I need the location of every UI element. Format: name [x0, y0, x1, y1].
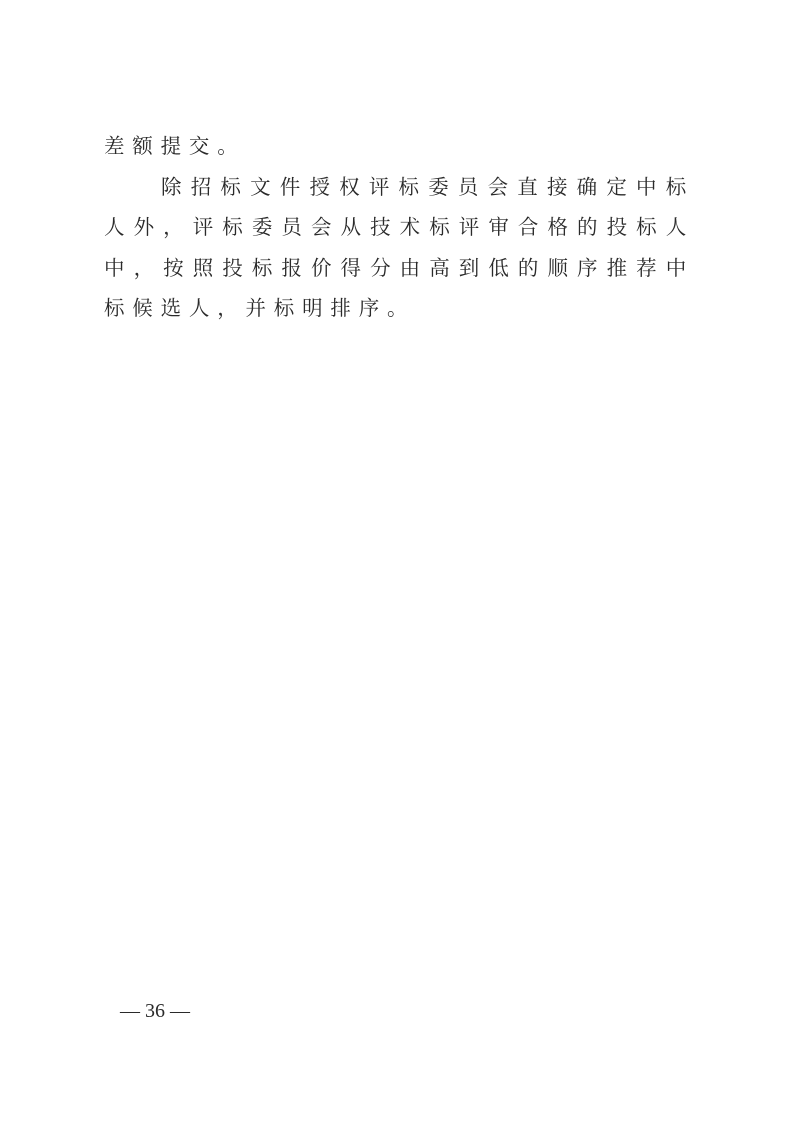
body-text: 差额提交。 除招标文件授权评标委员会直接确定中标人外，评标委员会从技术标评审合格…: [104, 126, 694, 329]
paragraph-continuation: 差额提交。: [104, 126, 694, 167]
paragraph-bid-recommendation: 除招标文件授权评标委员会直接确定中标人外，评标委员会从技术标评审合格的投标人中，…: [104, 167, 694, 329]
document-page: 差额提交。 除招标文件授权评标委员会直接确定中标人外，评标委员会从技术标评审合格…: [0, 0, 793, 1122]
page-number: — 36 —: [120, 1000, 190, 1023]
